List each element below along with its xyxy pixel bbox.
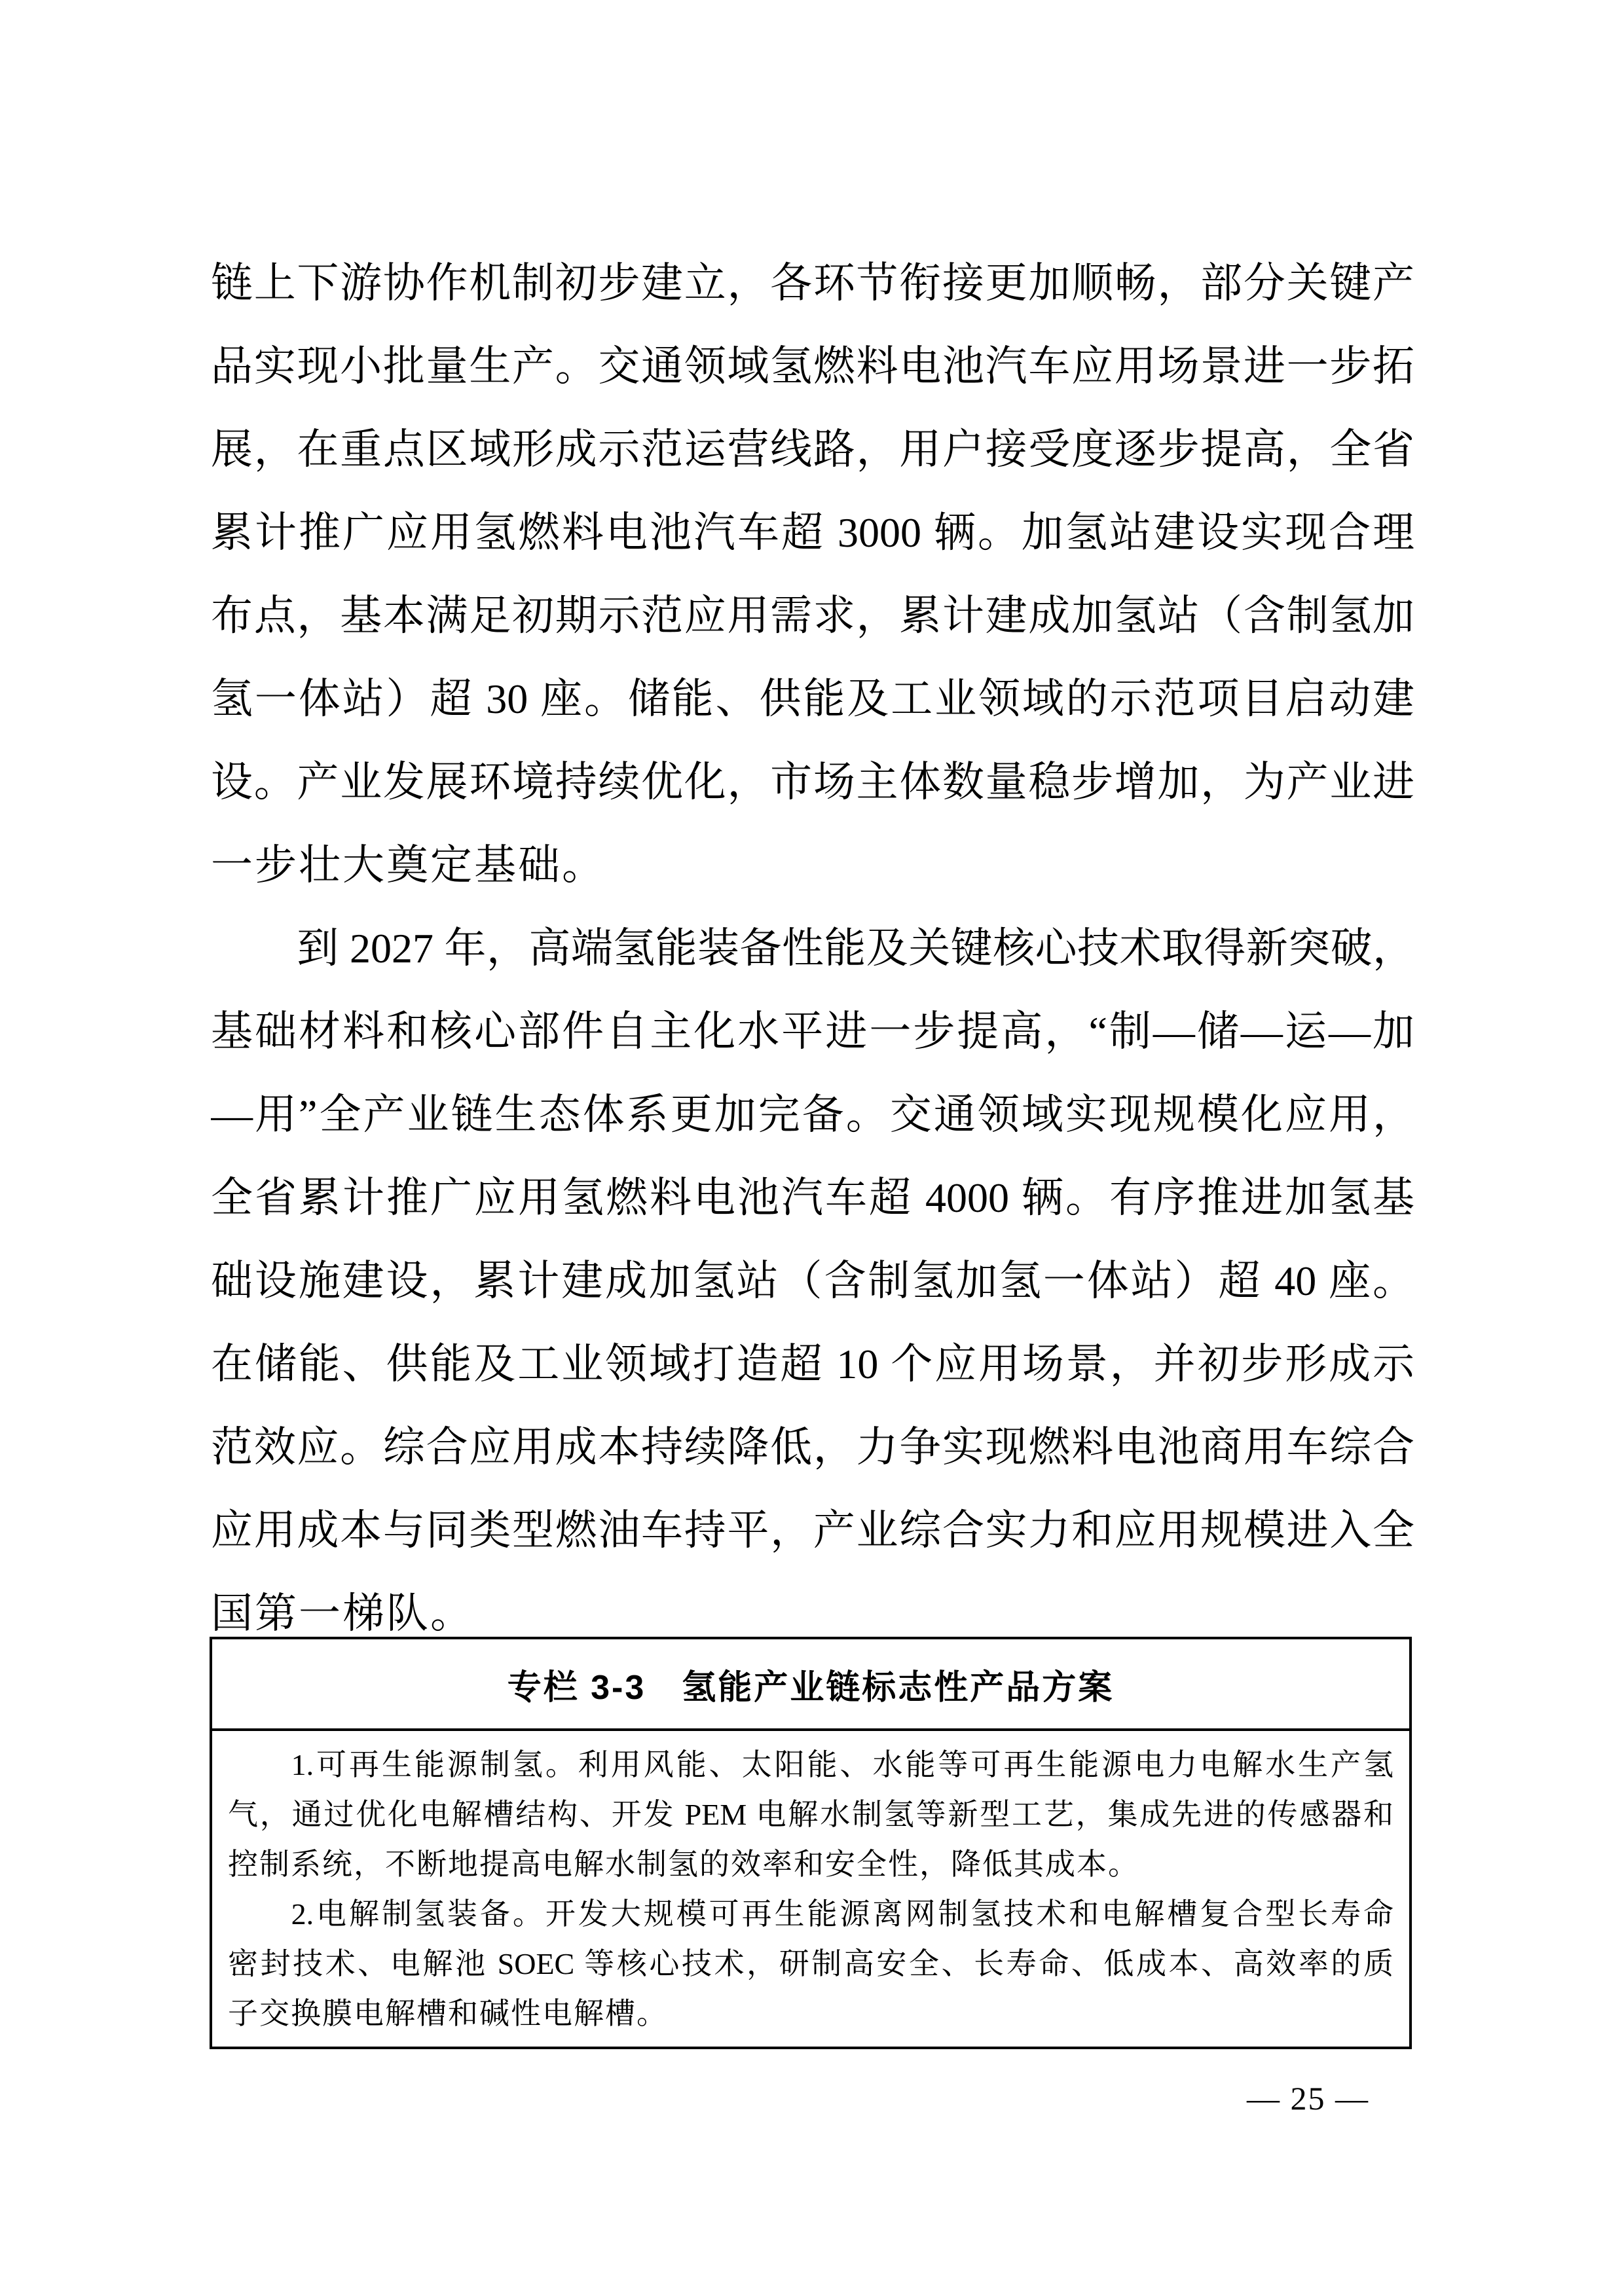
text-line: 2.电解制氢装备。开发大规模可再生能源离网制氢技术和电解槽复合型长寿命 (228, 1889, 1393, 1939)
text-line: 在储能、供能及工业领域打造超 10 个应用场景，并初步形成示 (211, 1322, 1414, 1406)
text-line: 品实现小批量生产。交通领域氢燃料电池汽车应用场景进一步拓 (211, 325, 1414, 408)
text-line: 子交换膜电解槽和碱性电解槽。 (228, 1989, 1393, 2039)
text-line: 布点，基本满足初期示范应用需求，累计建成加氢站（含制氢加 (211, 574, 1414, 657)
text-line: —用”全产业链生态体系更加完备。交通领域实现规模化应用， (211, 1073, 1414, 1156)
text-line: 基础材料和核心部件自主化水平进一步提高，“制—储—运—加 (211, 990, 1414, 1073)
text-line: 一步壮大奠定基础。 (211, 824, 1414, 907)
text-line: 展，在重点区域形成示范运营线路，用户接受度逐步提高，全省 (211, 408, 1414, 491)
text-line: 础设施建设，累计建成加氢站（含制氢加氢一体站）超 40 座。 (211, 1239, 1414, 1322)
text-line: 累计推广应用氢燃料电池汽车超 3000 辆。加氢站建设实现合理 (211, 491, 1414, 574)
text-line: 范效应。综合应用成本持续降低，力争实现燃料电池商用车综合 (211, 1406, 1414, 1489)
text-line: 到 2027 年，高端氢能装备性能及关键核心技术取得新突破， (211, 907, 1414, 990)
document-page: 链上下游协作机制初步建立，各环节衔接更加顺畅，部分关键产品实现小批量生产。交通领… (0, 0, 1624, 2296)
highlight-panel: 专栏 3-3 氢能产业链标志性产品方案 1.可再生能源制氢。利用风能、太阳能、水… (210, 1637, 1412, 2049)
text-line: 控制系统，不断地提高电解水制氢的效率和安全性，降低其成本。 (228, 1840, 1393, 1889)
text-line: 设。产业发展环境持续优化，市场主体数量稳步增加，为产业进 (211, 740, 1414, 824)
text-line: 应用成本与同类型燃油车持平，产业综合实力和应用规模进入全 (211, 1489, 1414, 1572)
text-line: 密封技术、电解池 SOEC 等核心技术，研制高安全、长寿命、低成本、高效率的质 (228, 1939, 1393, 1989)
text-line: 1.可再生能源制氢。利用风能、太阳能、水能等可再生能源电力电解水生产氢 (228, 1740, 1393, 1790)
text-line: 全省累计推广应用氢燃料电池汽车超 4000 辆。有序推进加氢基 (211, 1156, 1414, 1239)
page-number: — 25 — (1247, 2079, 1369, 2118)
main-text-block: 链上下游协作机制初步建立，各环节衔接更加顺畅，部分关键产品实现小批量生产。交通领… (211, 242, 1414, 1655)
text-line: 链上下游协作机制初步建立，各环节衔接更加顺畅，部分关键产 (211, 242, 1414, 325)
text-line: 气，通过优化电解槽结构、开发 PEM 电解水制氢等新型工艺，集成先进的传感器和 (228, 1790, 1393, 1840)
panel-title: 专栏 3-3 氢能产业链标志性产品方案 (212, 1639, 1409, 1731)
text-line: 氢一体站）超 30 座。储能、供能及工业领域的示范项目启动建 (211, 657, 1414, 740)
panel-body: 1.可再生能源制氢。利用风能、太阳能、水能等可再生能源电力电解水生产氢气，通过优… (212, 1731, 1409, 2047)
